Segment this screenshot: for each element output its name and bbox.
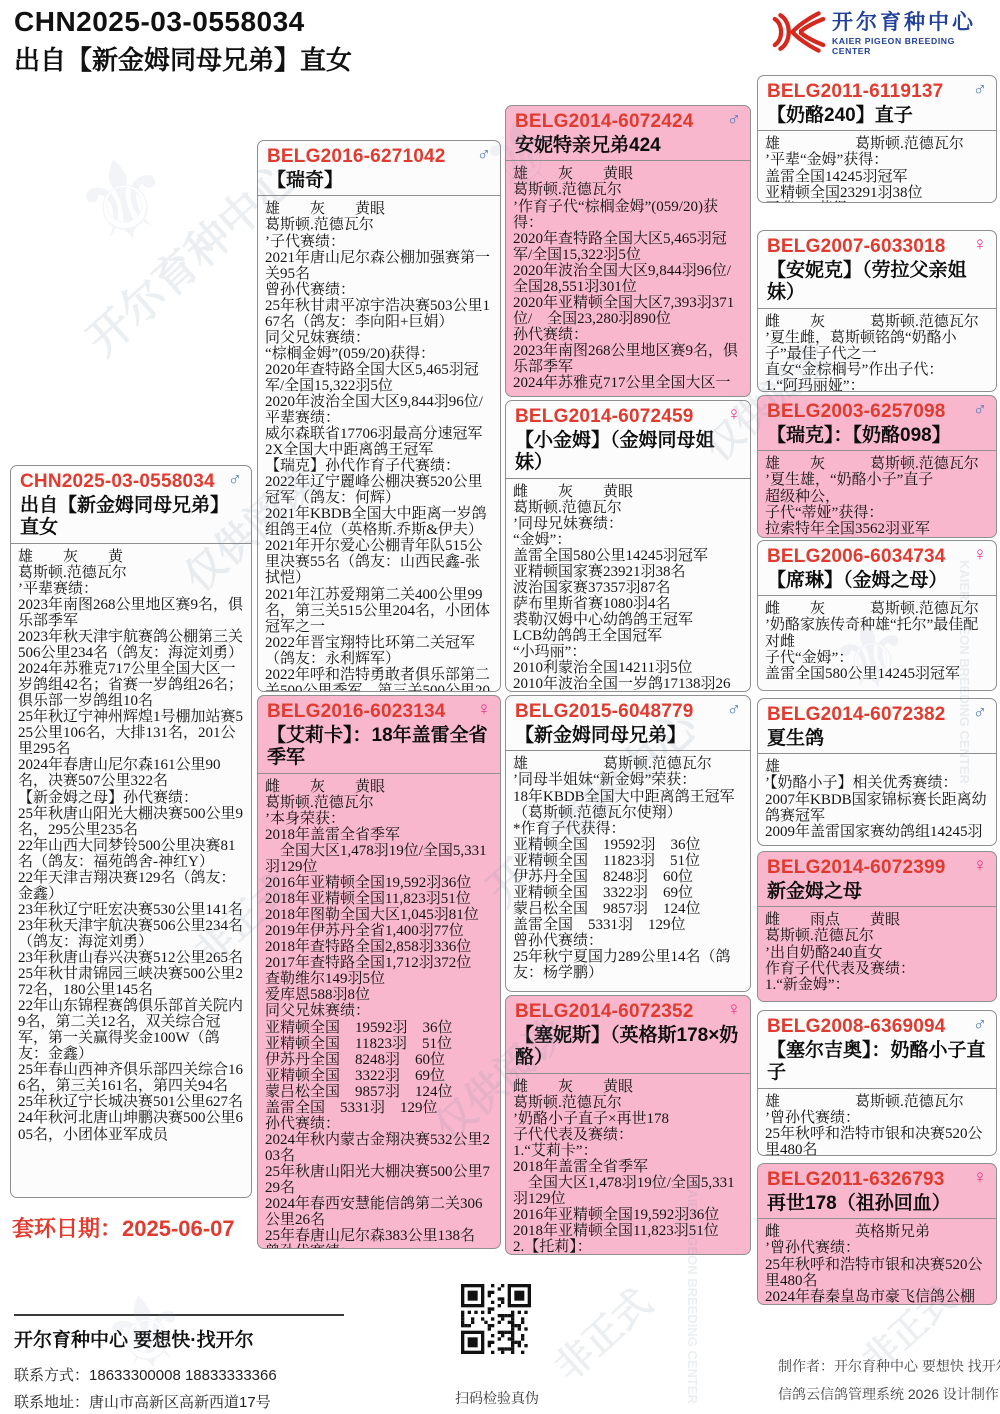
ring-number: BELG2015-6048779: [515, 701, 694, 722]
male-icon: ♂: [727, 700, 741, 719]
page-title-lineage: 出自【新金姆同母兄弟】直女: [14, 40, 352, 77]
pedigree-box-header: BELG2003-6257098 ♂ 【瑞克】：【奶酪098】: [758, 396, 996, 451]
ring-number: BELG2008-6369094: [767, 1016, 946, 1037]
logo-name-cn: 开尔育种中心: [832, 12, 996, 34]
female-icon: ♀: [973, 235, 987, 254]
pedigree-box-body: 雌 雨点 黄眼 葛斯顿.范德瓦尔 ’出自奶酪240直女 作育子代代表及赛绩： 1…: [758, 907, 996, 997]
pedigree-box-ggp-7: BELG2008-6369094 ♂ 【塞尔吉奥】：奶酪小子直子 雄 葛斯顿.范…: [757, 1010, 997, 1156]
watermark-text: 非正式: [540, 1274, 662, 1391]
pedigree-box-body: 雄 葛斯顿.范德瓦尔 ’平辈“金姆”获得： 盖雷全国14245羽冠军 亚精顿全国…: [758, 131, 996, 203]
pedigree-box-ggp-8: BELG2011-6326793 ♀ 再世178（祖孙回血） 雌 英格斯兄弟 ’…: [757, 1163, 997, 1305]
pedigree-box-title: 【新金姆同母兄弟】: [515, 725, 741, 747]
ring-number: BELG2014-6072399: [767, 857, 946, 878]
pedigree-box-title: 出自【新金姆同母兄弟】直女: [20, 495, 242, 540]
pedigree-box-ggp-1: BELG2011-6119137 ♂ 【奶酪240】直子 雄 葛斯顿.范德瓦尔 …: [757, 75, 997, 203]
contact-phone-value: 18633300008 18833333366: [89, 1367, 277, 1384]
pedigree-box-header: BELG2008-6369094 ♂ 【塞尔吉奥】：奶酪小子直子: [758, 1011, 996, 1089]
pedigree-box-granddam-2: BELG2014-6072352 ♀ 【塞妮斯】（英格斯178×奶酪） 雌 灰 …: [505, 995, 751, 1255]
pedigree-box-header: BELG2015-6048779 ♂ 【新金姆同母兄弟】: [506, 696, 750, 751]
ring-date: 套环日期：2025-06-07: [12, 1212, 235, 1243]
maker-credit: 制作者：开尔育种中心 要想快 找开尔: [778, 1356, 1000, 1376]
male-icon: ♂: [973, 1015, 987, 1034]
pedigree-box-header: BELG2014-6072352 ♀ 【塞妮斯】（英格斯178×奶酪）: [506, 996, 750, 1074]
pedigree-box-grandsire-2: BELG2015-6048779 ♂ 【新金姆同母兄弟】 雄 葛斯顿.范德瓦尔 …: [505, 695, 751, 992]
pedigree-box-header: BELG2014-6072382 ♂ 夏生鸽: [758, 699, 996, 754]
ring-number: BELG2006-6034734: [767, 546, 946, 567]
pedigree-box-title: 【塞尔吉奥】：奶酪小子直子: [767, 1040, 987, 1085]
pedigree-box-body: 雄 葛斯顿.范德瓦尔 ’曾孙代赛绩： 25年秋呼和浩特市银和决赛520公里480…: [758, 1089, 996, 1156]
ring-number: BELG2003-6257098: [767, 401, 946, 422]
male-icon: ♂: [228, 470, 242, 489]
brand-logo: 开尔育种中心 KAIER PIGEON BREEDING CENTER: [772, 10, 996, 58]
pedigree-box-body: 雄 ’【奶酪小子】相关优秀赛绩： 2007年KBDB国家锦标赛长距离幼鸽赛冠军 …: [758, 754, 996, 844]
pedigree-box-title: 【艾莉卡】：18年盖雷全省季军: [267, 725, 491, 770]
male-icon: ♂: [727, 110, 741, 129]
pedigree-box-ggp-5: BELG2014-6072382 ♂ 夏生鸽 雄 ’【奶酪小子】相关优秀赛绩： …: [757, 698, 997, 846]
logo-k-icon: [772, 9, 826, 60]
pedigree-box-header: BELG2016-6023134 ♀ 【艾莉卡】：18年盖雷全省季军: [258, 696, 500, 774]
contact-phone-label: 联系方式：: [14, 1367, 89, 1384]
ring-number: CHN2025-03-0558034: [20, 471, 215, 492]
qr-code: [461, 1284, 531, 1354]
qr-caption: 扫码检验真伪: [451, 1388, 543, 1408]
contact-phone: 联系方式：18633300008 18833333366: [14, 1364, 277, 1385]
ring-date-label: 套环日期：: [12, 1216, 122, 1241]
contact-address: 联系地址：唐山市高新区高新西道17号: [14, 1391, 271, 1412]
ring-number: BELG2016-6271042: [267, 146, 446, 167]
female-icon: ♀: [727, 405, 741, 424]
pedigree-box-body: 雌 灰 黄眼 葛斯顿.范德瓦尔 ’奶酪小子直子×再世178 子代代表及赛绩： 1…: [506, 1074, 750, 1255]
ring-number: BELG2014-6072424: [515, 111, 694, 132]
ring-date-value: 2025-06-07: [122, 1216, 235, 1241]
pedigree-box-body: 雄 灰 葛斯顿.范德瓦尔 ’夏生雄，“奶酪小子”直子 超级种公， 子代“蒂娅”获…: [758, 451, 996, 538]
female-icon: ♀: [973, 856, 987, 875]
male-icon: ♂: [973, 400, 987, 419]
pedigree-box-header: BELG2014-6072459 ♀ 【小金姆】（金姆同母姐妹）: [506, 401, 750, 479]
pedigree-box-ggp-4: BELG2006-6034734 ♀ 【席琳】（金姆之母） 雌 灰 葛斯顿.范德…: [757, 540, 997, 691]
pedigree-box-subject: CHN2025-03-0558034 ♂ 出自【新金姆同母兄弟】直女 雄 灰 黄…: [10, 465, 252, 1198]
pedigree-box-title: 夏生鸽: [767, 728, 987, 750]
ring-number: BELG2011-6119137: [767, 81, 943, 102]
pedigree-box-header: BELG2011-6326793 ♀ 再世178（祖孙回血）: [758, 1164, 996, 1219]
page-title-ring-number: CHN2025-03-0558034: [14, 6, 305, 38]
male-icon: ♂: [973, 703, 987, 722]
system-credit: 信鸽云信鸽管理系统 2026 设计制作: [778, 1384, 999, 1404]
pedigree-box-sire: BELG2016-6271042 ♂ 【瑞奇】 雄 灰 黄眼 葛斯顿.范德瓦尔 …: [257, 140, 501, 692]
pedigree-box-grandsire-1: BELG2014-6072424 ♂ 安妮特亲兄弟424 雄 灰 黄眼 葛斯顿.…: [505, 105, 751, 397]
pedigree-box-title: 【席琳】（金姆之母）: [767, 570, 987, 592]
female-icon: ♀: [727, 1000, 741, 1019]
contact-address-value: 唐山市高新区高新西道17号: [89, 1394, 271, 1411]
pedigree-box-body: 雄 灰 黄 葛斯顿.范德瓦尔 ’平辈赛绩： 2023年南图268公里地区赛9名，…: [11, 544, 251, 1148]
pedigree-box-title: 再世178（祖孙回血）: [767, 1193, 987, 1215]
ring-number: BELG2014-6072382: [767, 704, 946, 725]
pedigree-box-body: 雌 灰 葛斯顿.范德瓦尔 ’奶酪家族传奇种雄“托尔”最佳配对雌 子代“金姆”： …: [758, 596, 996, 686]
pedigree-box-title: 【瑞奇】: [267, 170, 491, 192]
ring-number: BELG2014-6072459: [515, 406, 694, 427]
pedigree-box-title: 【小金姆】（金姆同母姐妹）: [515, 430, 741, 475]
pedigree-box-body: 雄 灰 黄眼 葛斯顿.范德瓦尔 ’子代赛绩： 2021年唐山尼尔森公棚加强赛第一…: [258, 196, 500, 692]
logo-name-en: KAIER PIGEON BREEDING CENTER: [832, 36, 996, 56]
pedigree-box-body: 雌 灰 黄眼 葛斯顿.范德瓦尔 ’本身荣获： 2018年盖雷全省季军 全国大区1…: [258, 774, 500, 1249]
pedigree-box-dam: BELG2016-6023134 ♀ 【艾莉卡】：18年盖雷全省季军 雌 灰 黄…: [257, 695, 501, 1249]
watermark-logo-glyph: ⚜: [60, 126, 187, 274]
pedigree-box-granddam-1: BELG2014-6072459 ♀ 【小金姆】（金姆同母姐妹） 雌 灰 黄眼 …: [505, 400, 751, 692]
ring-number: BELG2007-6033018: [767, 236, 946, 257]
pedigree-box-header: BELG2014-6072399 ♀ 新金姆之母: [758, 852, 996, 907]
pedigree-box-title: 【瑞克】：【奶酪098】: [767, 425, 987, 447]
footer-slogan: 开尔育种中心 要想快·找开尔: [14, 1314, 344, 1352]
ring-number: BELG2011-6326793: [767, 1169, 945, 1190]
pedigree-box-body: 雄 葛斯顿.范德瓦尔 ’同母半姐妹“新金姆”荣获： 18年KBDB全国大中距离鸽…: [506, 751, 750, 986]
pedigree-box-title: 【安妮克】（劳拉父亲姐妹）: [767, 260, 987, 305]
pedigree-box-header: CHN2025-03-0558034 ♂ 出自【新金姆同母兄弟】直女: [11, 466, 251, 544]
pedigree-box-body: 雌 灰 葛斯顿.范德瓦尔 ’夏生雌，葛斯顿铭鸽“奶酪小子”最佳子代之一 直女“金…: [758, 309, 996, 392]
pedigree-box-body: 雄 灰 黄眼 葛斯顿.范德瓦尔 ’作育子代“棕榈金姆”(059/20)获得： 2…: [506, 161, 750, 396]
pedigree-box-header: BELG2014-6072424 ♂ 安妮特亲兄弟424: [506, 106, 750, 161]
female-icon: ♀: [973, 1168, 987, 1187]
pedigree-box-body: 雌 灰 黄眼 葛斯顿.范德瓦尔 ’同母兄妹赛绩： “金姆”： 盖雷全国580公里…: [506, 479, 750, 692]
pedigree-box-title: 【塞妮斯】（英格斯178×奶酪）: [515, 1025, 741, 1070]
contact-address-label: 联系地址：: [14, 1394, 89, 1411]
male-icon: ♂: [973, 80, 987, 99]
pedigree-box-header: BELG2007-6033018 ♀ 【安妮克】（劳拉父亲姐妹）: [758, 231, 996, 309]
pedigree-box-header: BELG2006-6034734 ♀ 【席琳】（金姆之母）: [758, 541, 996, 596]
male-icon: ♂: [477, 145, 491, 164]
pedigree-box-header: BELG2011-6119137 ♂ 【奶酪240】直子: [758, 76, 996, 131]
female-icon: ♀: [973, 545, 987, 564]
pedigree-box-ggp-6: BELG2014-6072399 ♀ 新金姆之母 雌 雨点 黄眼 葛斯顿.范德瓦…: [757, 851, 997, 1002]
female-icon: ♀: [477, 700, 491, 719]
pedigree-box-header: BELG2016-6271042 ♂ 【瑞奇】: [258, 141, 500, 196]
logo-text: 开尔育种中心 KAIER PIGEON BREEDING CENTER: [832, 12, 996, 56]
pedigree-box-ggp-2: BELG2007-6033018 ♀ 【安妮克】（劳拉父亲姐妹） 雌 灰 葛斯顿…: [757, 230, 997, 392]
pedigree-box-title: 安妮特亲兄弟424: [515, 135, 741, 157]
ring-number: BELG2014-6072352: [515, 1001, 694, 1022]
pedigree-box-title: 【奶酪240】直子: [767, 105, 987, 127]
pedigree-box-ggp-3: BELG2003-6257098 ♂ 【瑞克】：【奶酪098】 雄 灰 葛斯顿.…: [757, 395, 997, 538]
pedigree-box-body: 雌 英格斯兄弟 ’曾孙代赛绩： 25年秋呼和浩特市银和决赛520公里480名 2…: [758, 1219, 996, 1305]
ring-number: BELG2016-6023134: [267, 701, 446, 722]
pedigree-box-title: 新金姆之母: [767, 881, 987, 903]
